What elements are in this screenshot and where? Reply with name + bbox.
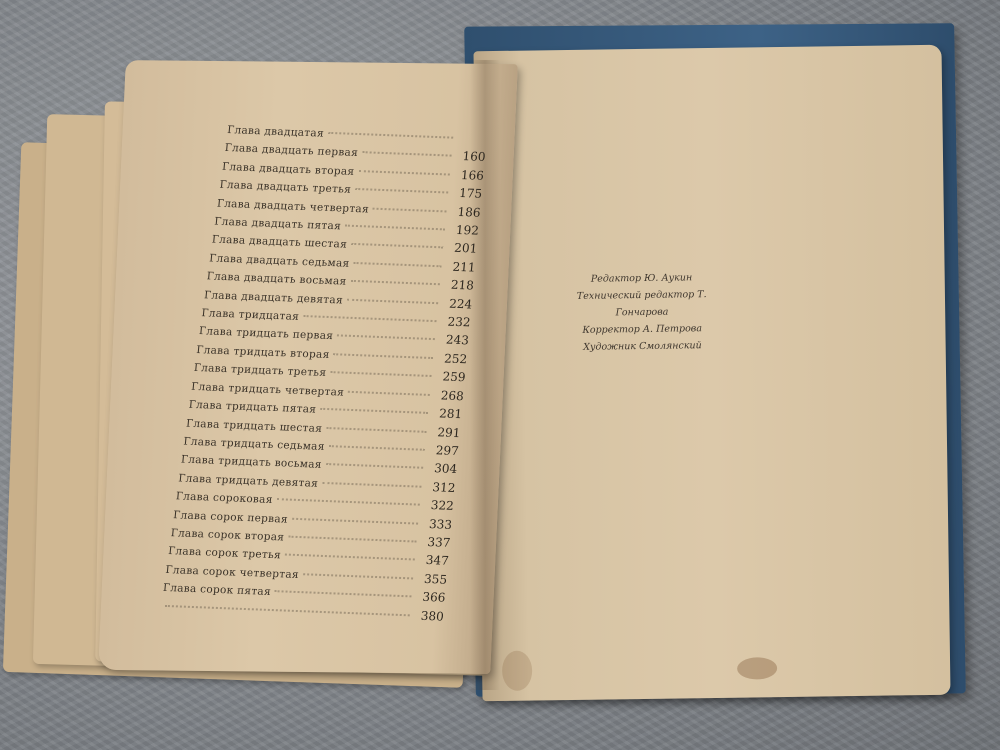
toc-entry-page: 192 — [448, 222, 480, 241]
toc-entry-page: 333 — [421, 515, 453, 534]
toc-leader-dots — [337, 335, 435, 341]
toc-entry-page: 232 — [440, 313, 472, 332]
toc-entry-page: 291 — [430, 424, 462, 443]
toc-leader-dots — [322, 482, 421, 488]
toc-entry-page: 224 — [441, 295, 473, 314]
toc-leader-dots — [303, 573, 413, 579]
toc-leader-dots — [345, 225, 445, 231]
toc-leader-dots — [164, 604, 409, 615]
toc-leader-dots — [350, 280, 439, 285]
toc-entry-page — [457, 142, 487, 143]
toc-entry-page: 355 — [416, 570, 448, 589]
toc-entry-page: 160 — [455, 148, 487, 167]
toc-leader-dots — [292, 517, 418, 524]
toc-entry-page: 281 — [431, 405, 463, 424]
toc-entry-page: 186 — [450, 203, 482, 222]
toc-leader-dots — [362, 152, 452, 157]
toc-entry-page: 166 — [453, 167, 485, 186]
toc-entry-title: Глава двадцатая — [226, 122, 324, 143]
toc-leader-dots — [373, 207, 447, 212]
toc-leader-dots — [347, 298, 438, 303]
toc-entry-page: 218 — [443, 277, 475, 296]
toc-entry-page: 304 — [426, 460, 458, 479]
toc-entry-page: 380 — [413, 607, 445, 626]
toc-entry-page: 175 — [451, 185, 483, 204]
toc-leader-dots — [329, 445, 425, 451]
toc-entry-page: 312 — [425, 479, 457, 498]
toc-leader-dots — [288, 536, 416, 543]
stain — [737, 657, 777, 680]
toc-entry-page: 347 — [418, 552, 450, 571]
imprint-page — [473, 45, 950, 701]
toc-leader-dots — [351, 243, 443, 249]
toc-entry-page: 337 — [420, 534, 452, 553]
table-of-contents: Глава двадцатаяГлава двадцать первая160Г… — [183, 122, 488, 626]
toc-leader-dots — [355, 188, 448, 194]
toc-leader-dots — [285, 554, 415, 561]
toc-entry-title: Глава тридцатая — [201, 305, 300, 326]
toc-leader-dots — [277, 498, 420, 505]
toc-leader-dots — [326, 463, 424, 469]
toc-leader-dots — [348, 391, 430, 396]
toc-entry-page: 243 — [438, 332, 470, 351]
toc-entry-page: 366 — [415, 589, 447, 608]
toc-entry-title: Глава сороковая — [175, 488, 273, 509]
toc-leader-dots — [320, 408, 428, 414]
artist-credit: Художник Смолянский — [552, 337, 732, 357]
toc-entry-page: 259 — [435, 368, 467, 387]
toc-entry-page: 201 — [446, 240, 478, 259]
toc-entry-page: 211 — [445, 258, 477, 277]
toc-leader-dots — [328, 132, 453, 139]
toc-leader-dots — [326, 427, 426, 433]
imprint-credits: Редактор Ю. Аукин Технический редактор Т… — [551, 269, 732, 357]
tech-editor-credit: Технический редактор Т. Гончарова — [552, 286, 732, 323]
toc-leader-dots — [330, 371, 431, 377]
toc-entry-page: 322 — [423, 497, 455, 516]
stain — [502, 651, 533, 691]
toc-entry-page: 297 — [428, 442, 460, 461]
toc-leader-dots — [334, 353, 434, 359]
toc-leader-dots — [303, 315, 436, 322]
toc-leader-dots — [275, 590, 412, 597]
toc-leader-dots — [358, 170, 450, 176]
toc-entry-page: 252 — [436, 350, 468, 369]
toc-entry-page: 268 — [433, 387, 465, 406]
toc-leader-dots — [353, 262, 441, 267]
